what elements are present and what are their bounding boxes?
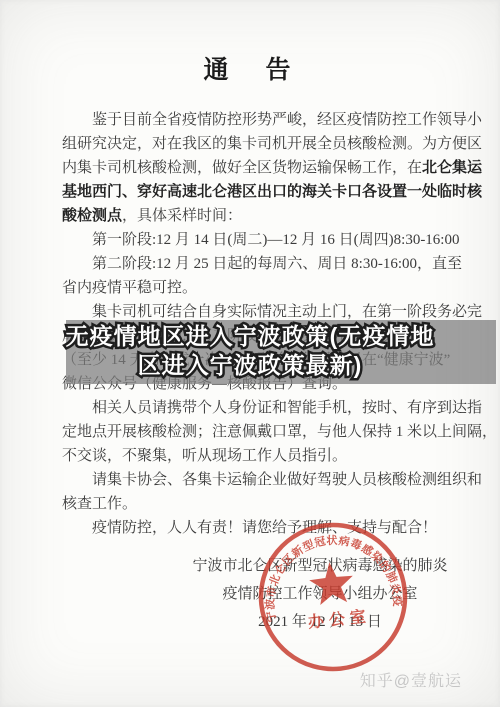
official-seal-icon: 宁波市北仑区新型冠状病毒感染的肺炎疫情防控工作领导小组 办公室: [243, 507, 423, 687]
seal-star-icon: [308, 560, 356, 606]
notice-line: 内集卡司机核酸检测，做好全区货物运输保畅工作，在北仑集运: [62, 156, 466, 180]
notice-line: 鉴于目前全省疫情防控形势严峻，经区疫情防控工作领导小: [62, 108, 466, 132]
notice-line: 省内疫情平稳可控。: [62, 276, 466, 300]
caption-line-1-text: 无疫情地区进入宁波政策(无疫情地: [66, 323, 435, 349]
notice-line: 组研究决定，对在我区的集卡司机开展全员核酸检测。为方便区: [62, 132, 466, 156]
caption-line-2: 区进入宁波政策最新): [0, 351, 500, 380]
caption-line-2-text: 区进入宁波政策最新): [138, 352, 363, 378]
notice-line: 不交谈，不聚集，听从现场工作人员指引。: [62, 444, 466, 468]
notice-line: 酸检测点，具体采样时间：: [62, 204, 466, 228]
seal-center-text: 办公室: [307, 606, 372, 631]
notice-title: 通 告: [0, 50, 500, 86]
notice-line: 第二阶段:12 月 25 日起的每周六、周日 8:30-16:00，直至: [62, 252, 466, 276]
notice-line: 请集卡协会、各集卡运输企业做好驾驶人员核酸检测组织和: [62, 468, 466, 492]
notice-line: 相关人员请携带个人身份证和智能手机，按时、有序到达指: [62, 396, 466, 420]
notice-line: 第一阶段:12 月 14 日(周二)—12 月 16 日(周四)8:30-16:…: [62, 228, 466, 252]
notice-photo: 通 告 鉴于目前全省疫情防控形势严峻，经区疫情防控工作领导小组研究决定，对在我区…: [0, 0, 500, 707]
watermark: 知乎@壹航运: [360, 668, 462, 691]
caption-line-1: 无疫情地区进入宁波政策(无疫情地: [0, 322, 500, 351]
notice-line: 基地西门、穿好高速北仑港区出口的海关卡口各设置一处临时核: [62, 180, 466, 204]
caption-overlay: 无疫情地区进入宁波政策(无疫情地 区进入宁波政策最新): [0, 322, 500, 380]
notice-line: 定地点开展核酸检测；注意佩戴口罩，与他人保持 1 米以上间隔，: [62, 420, 466, 444]
